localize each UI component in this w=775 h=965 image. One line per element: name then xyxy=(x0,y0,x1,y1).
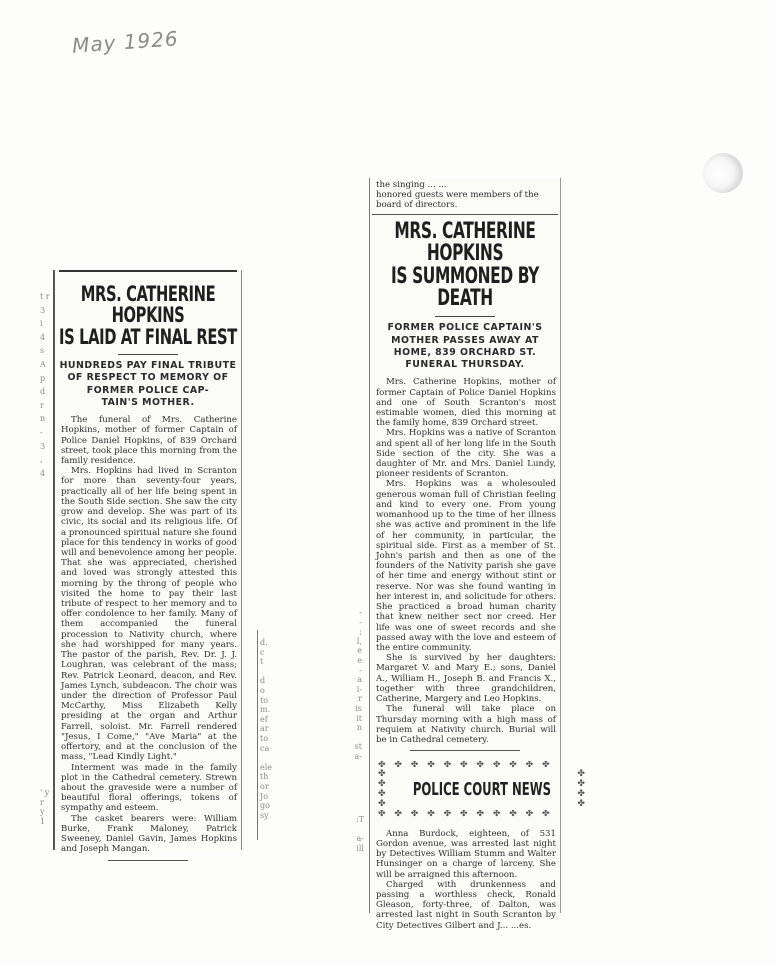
fragment-line: th xyxy=(260,772,280,782)
fragment-line: ill xyxy=(336,844,364,854)
middle-right-fragment: --;l,ee-ai-risitn sta- xyxy=(348,608,362,762)
fragment-line: m. xyxy=(260,705,280,715)
fragment-line xyxy=(260,753,280,763)
fragment-line: i- xyxy=(348,685,362,695)
fragment-line: to xyxy=(260,696,280,706)
deck-line: MOTHER PASSES AWAY AT xyxy=(372,335,558,347)
right-article-body: Mrs. Catherine Hopkins, mother of former… xyxy=(370,371,560,745)
top-rule xyxy=(59,270,237,272)
right-headline-line-2: IS SUMMONED BY DEATH xyxy=(371,266,560,311)
lower-right-fragment: :T a-ill xyxy=(336,815,364,853)
fragment-line: d xyxy=(260,676,280,686)
fragment-line: l, xyxy=(348,637,362,647)
fragment-line: - xyxy=(348,608,362,618)
preceding-article-text: the singing ... ... honored guests were … xyxy=(370,178,560,214)
fragment-line: ; xyxy=(348,627,362,637)
divider xyxy=(118,354,178,355)
fragment-line: sy xyxy=(260,811,280,821)
police-court-news-title: POLICE COURT NEWS xyxy=(412,779,550,800)
paragraph: The casket bearers were: William Burke, … xyxy=(61,814,237,855)
right-headline: MRS. CATHERINE HOPKINS IS SUMMONED BY DE… xyxy=(371,215,560,311)
fragment-line: a- xyxy=(336,834,364,844)
paragraph: Mrs. Hopkins was a native of Scranton an… xyxy=(376,428,556,479)
paragraph: Interment was made in the family plot in… xyxy=(61,763,237,814)
paragraph: Mrs. Hopkins had lived in Scranton for m… xyxy=(61,466,237,762)
left-edge-fragment: t r 3 i 4 s A p d r n - 3 , 4 xyxy=(40,290,50,480)
end-rule xyxy=(410,750,520,751)
deck-line: FUNERAL THURSDAY. xyxy=(372,359,558,371)
paragraph: Anna Burdock, eighteen, of 531 Gordon av… xyxy=(376,829,556,880)
paragraph: Mrs. Hopkins was a wholesouled generous … xyxy=(376,479,556,653)
left-deck: HUNDREDS PAY FINAL TRIBUTE OF RESPECT TO… xyxy=(55,360,241,409)
fragment-line: a xyxy=(348,675,362,685)
police-court-body: Anna Burdock, eighteen, of 531 Gordon av… xyxy=(370,823,560,931)
left-article-body: The funeral of Mrs. Catherine Hopkins, m… xyxy=(55,409,241,854)
deck-line: OF RESPECT TO MEMORY OF xyxy=(57,372,239,384)
paragraph: The funeral of Mrs. Catherine Hopkins, m… xyxy=(61,415,237,466)
handwritten-date-note: May 1926 xyxy=(71,26,179,57)
deck-line: FORMER POLICE CAPTAIN'S xyxy=(372,322,558,334)
punch-hole xyxy=(703,153,743,193)
fragment-line: go xyxy=(260,801,280,811)
fragment-line: - xyxy=(348,666,362,676)
fragment-line xyxy=(260,667,280,677)
fragment-line: or xyxy=(260,782,280,792)
fragment-line: - xyxy=(348,618,362,628)
fragment-line: o xyxy=(260,686,280,696)
fragment-line: e xyxy=(348,656,362,666)
police-court-news-box: ✤ ✤ ✤ ✤ ✤ ✤ ✤ ✤ ✤ ✤ ✤ ✤ ✤ ✤ ✤✤✤✤ POLICE … xyxy=(378,757,552,823)
middle-left-fragment: d.ct dotom.efartoca elethorJogosy xyxy=(260,638,280,820)
fragment-line: r xyxy=(348,694,362,704)
right-headline-line-1: MRS. CATHERINE HOPKINS xyxy=(371,221,560,266)
right-clipping: the singing ... ... honored guests were … xyxy=(369,178,561,913)
ornament-row: ✤ ✤ ✤ ✤ ✤ ✤ ✤ ✤ ✤ ✤ ✤ ✤ ✤ ✤ xyxy=(378,761,552,770)
fragment-line: it xyxy=(348,714,362,724)
fragment-line: to xyxy=(260,734,280,744)
fragment-line xyxy=(336,825,364,835)
left-headline-line-1: MRS. CATHERINE HOPKINS xyxy=(57,284,240,327)
fragment-line: ele xyxy=(260,763,280,773)
end-rule xyxy=(108,860,188,861)
fragment-line: n xyxy=(348,723,362,733)
fragment-line: ca xyxy=(260,744,280,754)
right-deck: FORMER POLICE CAPTAIN'S MOTHER PASSES AW… xyxy=(370,322,560,371)
divider xyxy=(435,316,495,317)
fragment-line xyxy=(348,733,362,743)
paragraph: The funeral will take place on Thursday … xyxy=(376,704,556,745)
fragment-line: d. xyxy=(260,638,280,648)
deck-line: HOME, 839 ORCHARD ST. xyxy=(372,347,558,359)
ornament-column: ✤✤✤✤ xyxy=(378,770,386,810)
fragment-line: Jo xyxy=(260,792,280,802)
fragment-line: t xyxy=(260,657,280,667)
paragraph: Charged with drunkenness and passing a w… xyxy=(376,880,556,931)
left-headline-line-2: IS LAID AT FINAL REST xyxy=(57,327,240,348)
fragment-line: ef xyxy=(260,715,280,725)
left-headline: MRS. CATHERINE HOPKINS IS LAID AT FINAL … xyxy=(57,274,240,348)
deck-line: TAIN'S MOTHER. xyxy=(57,397,239,409)
column-rule xyxy=(257,630,258,840)
deck-line: HUNDREDS PAY FINAL TRIBUTE xyxy=(57,360,239,372)
fragment-line: :T xyxy=(336,815,364,825)
ornament-row: ✤ ✤ ✤ ✤ ✤ ✤ ✤ ✤ ✤ ✤ ✤ ✤ ✤ ✤ xyxy=(378,810,552,819)
paragraph: She is survived by her daughters: Margar… xyxy=(376,653,556,704)
fragment-line: st xyxy=(348,742,362,752)
deck-line: FORMER POLICE CAP- xyxy=(57,385,239,397)
ornament-column: ✤✤✤✤ xyxy=(577,770,585,810)
fragment-line: c xyxy=(260,648,280,658)
preceding-line: the singing ... ... xyxy=(376,180,556,190)
fragment-line: is xyxy=(348,704,362,714)
paragraph: Mrs. Catherine Hopkins, mother of former… xyxy=(376,377,556,428)
preceding-line: honored guests were members of the board… xyxy=(376,190,556,210)
fragment-line: ar xyxy=(260,724,280,734)
fragment-line: a- xyxy=(348,752,362,762)
fragment-line: e xyxy=(348,646,362,656)
left-bottom-fragment: ' y r y 1 xyxy=(40,788,50,826)
left-clipping: MRS. CATHERINE HOPKINS IS LAID AT FINAL … xyxy=(53,270,242,850)
